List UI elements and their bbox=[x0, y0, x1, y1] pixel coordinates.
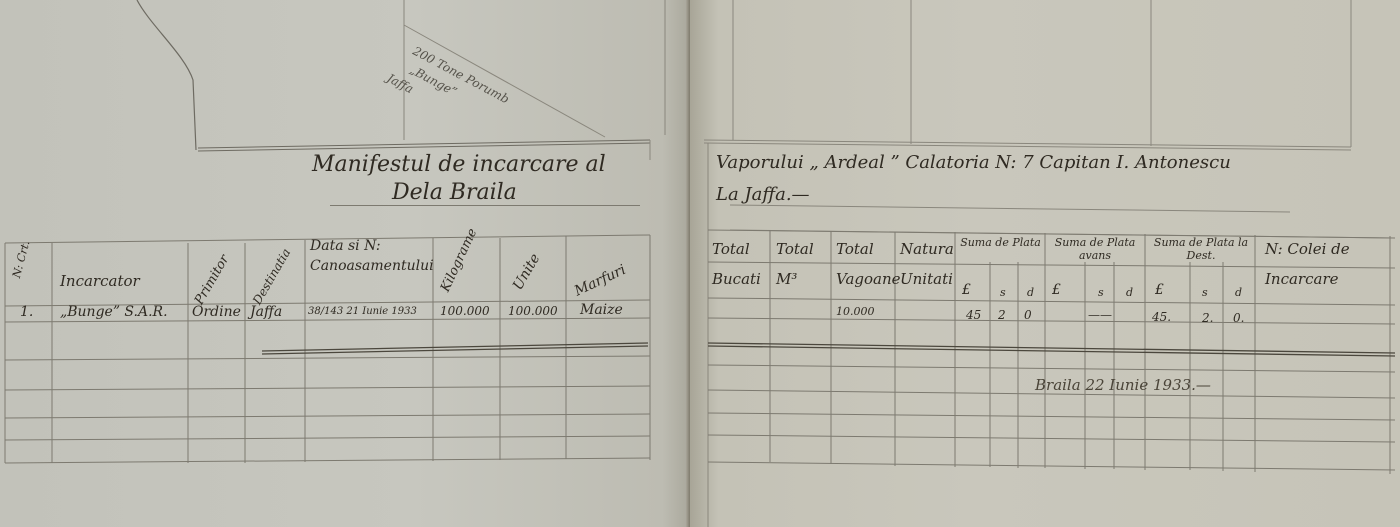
cell-plata-s: 2 bbox=[998, 308, 1006, 322]
col-header-incarcator: Incarcator bbox=[60, 272, 140, 290]
subhdr-dest-l: £ bbox=[1155, 282, 1164, 298]
header-label: Total bbox=[776, 240, 814, 258]
left-page: 200 Tone Porumb „Bunge” Jaffa Manifestul… bbox=[0, 0, 690, 527]
cell-kilograme: 100.000 bbox=[440, 304, 490, 318]
header-sub: Vagoane bbox=[836, 270, 901, 288]
cell-nr: 1. bbox=[20, 304, 33, 320]
header-label: Total bbox=[712, 240, 761, 258]
subhdr-avans-d: d bbox=[1126, 286, 1133, 299]
subhdr-dest-s: s bbox=[1202, 286, 1208, 299]
cell-marfuri: Maize bbox=[580, 302, 623, 318]
col-header-suma-plata: Suma de Plata bbox=[958, 236, 1043, 249]
col-header-colei: N: Colei de Incarcare bbox=[1265, 240, 1350, 288]
cell-plata-d: 0 bbox=[1024, 308, 1032, 322]
subhdr-avans-l: £ bbox=[1052, 282, 1061, 298]
cell-unite: 100.000 bbox=[508, 304, 558, 318]
right-page: Vaporului „ Ardeal ” Calatoria N: 7 Capi… bbox=[690, 0, 1400, 527]
col-header-total-vagoane: Total Vagoane bbox=[836, 240, 901, 288]
cell-destinatia: Jaffa bbox=[250, 304, 282, 320]
cell-dest-s: 2. bbox=[1202, 311, 1213, 325]
cell-plata-l: 45 bbox=[966, 308, 981, 322]
col-header-data-label: Data si N: Canoasamentului bbox=[310, 238, 434, 274]
cell-total-vagoane: 10.000 bbox=[836, 305, 875, 318]
header-label: Total bbox=[836, 240, 901, 258]
col-header-total-bucati: Total Bucati bbox=[712, 240, 761, 288]
cell-avans: —— bbox=[1088, 308, 1112, 322]
header-sub: M³ bbox=[776, 270, 814, 288]
col-header-data: Data si N: Canoasamentului bbox=[310, 236, 435, 276]
subhdr-plata-d: d bbox=[1027, 286, 1034, 299]
subhdr-dest-d: d bbox=[1235, 286, 1242, 299]
header-label: Natura bbox=[900, 240, 954, 258]
col-header-suma-dest: Suma de Plata la Dest. bbox=[1148, 236, 1254, 262]
subhdr-plata-s: s bbox=[1000, 286, 1006, 299]
cell-data: 38/143 21 Iunie 1933 bbox=[308, 306, 417, 317]
header-sub: Bucati bbox=[712, 270, 761, 288]
col-header-suma-avans: Suma de Plata avans bbox=[1046, 236, 1144, 262]
cell-incarcator: „Bunge” S.A.R. bbox=[60, 304, 168, 320]
subhdr-avans-s: s bbox=[1098, 286, 1104, 299]
col-header-total-m3: Total M³ bbox=[776, 240, 814, 288]
cell-primitor: Ordine bbox=[192, 304, 241, 320]
header-sub: Unitati bbox=[900, 270, 954, 288]
cell-dest-d: 0. bbox=[1233, 311, 1244, 325]
header-label: N: Colei de bbox=[1265, 240, 1350, 258]
col-header-natura: Natura Unitati bbox=[900, 240, 954, 288]
cell-dest-l: 45. bbox=[1152, 310, 1171, 324]
header-sub: Incarcare bbox=[1265, 270, 1350, 288]
signature-place-date: Braila 22 Iunie 1933.— bbox=[1035, 376, 1211, 394]
subhdr-plata-l: £ bbox=[962, 282, 971, 298]
